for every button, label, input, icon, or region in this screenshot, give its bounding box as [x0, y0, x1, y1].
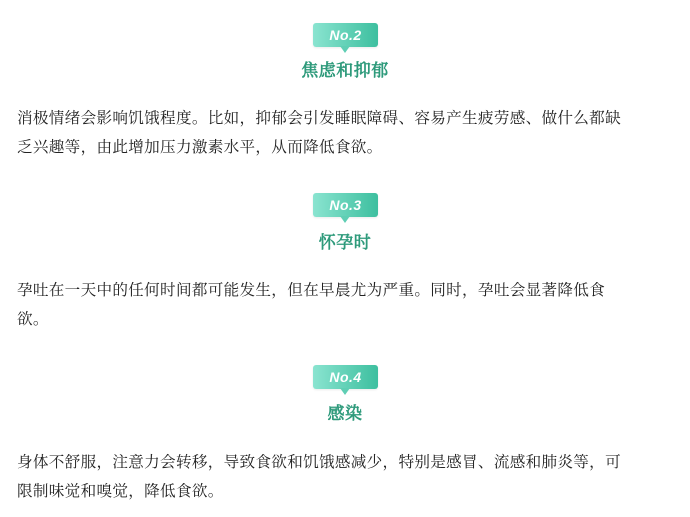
section-title: 怀孕时 [0, 228, 690, 253]
section-paragraph: 消极情绪会影响饥饿程度。比如，抑郁会引发睡眠障碍、容易产生疲劳感、做什么都缺 乏… [17, 104, 677, 162]
badge-pointer-icon [340, 388, 350, 395]
section-paragraph: 身体不舒服，注意力会转移，导致食欲和饥饿感减少，特别是感冒、流感和肺炎等，可 限… [17, 448, 677, 506]
badge-box: No.4 [313, 365, 378, 389]
section-title: 感染 [0, 399, 690, 424]
number-badge: No.3 [313, 193, 378, 223]
paragraph-line: 消极情绪会影响饥饿程度。比如，抑郁会引发睡眠障碍、容易产生疲劳感、做什么都缺 [17, 104, 677, 133]
paragraph-line: 欲。 [17, 305, 677, 334]
section-paragraph: 孕吐在一天中的任何时间都可能发生，但在早晨尤为严重。同时，孕吐会显著降低食 欲。 [17, 276, 677, 334]
badge-label: No.3 [329, 197, 361, 213]
number-badge: No.2 [313, 23, 378, 53]
badge-box: No.2 [313, 23, 378, 47]
badge-pointer-icon [340, 46, 350, 53]
paragraph-line: 孕吐在一天中的任何时间都可能发生，但在早晨尤为严重。同时，孕吐会显著降低食 [17, 276, 677, 305]
paragraph-line: 身体不舒服，注意力会转移，导致食欲和饥饿感减少，特别是感冒、流感和肺炎等，可 [17, 448, 677, 477]
section-title: 焦虑和抑郁 [0, 56, 690, 81]
badge-pointer-icon [340, 216, 350, 223]
number-badge: No.4 [313, 365, 378, 395]
badge-label: No.2 [329, 27, 361, 43]
badge-box: No.3 [313, 193, 378, 217]
paragraph-line: 限制味觉和嗅觉，降低食欲。 [17, 477, 677, 506]
badge-label: No.4 [329, 369, 361, 385]
paragraph-line: 乏兴趣等，由此增加压力激素水平，从而降低食欲。 [17, 133, 677, 162]
